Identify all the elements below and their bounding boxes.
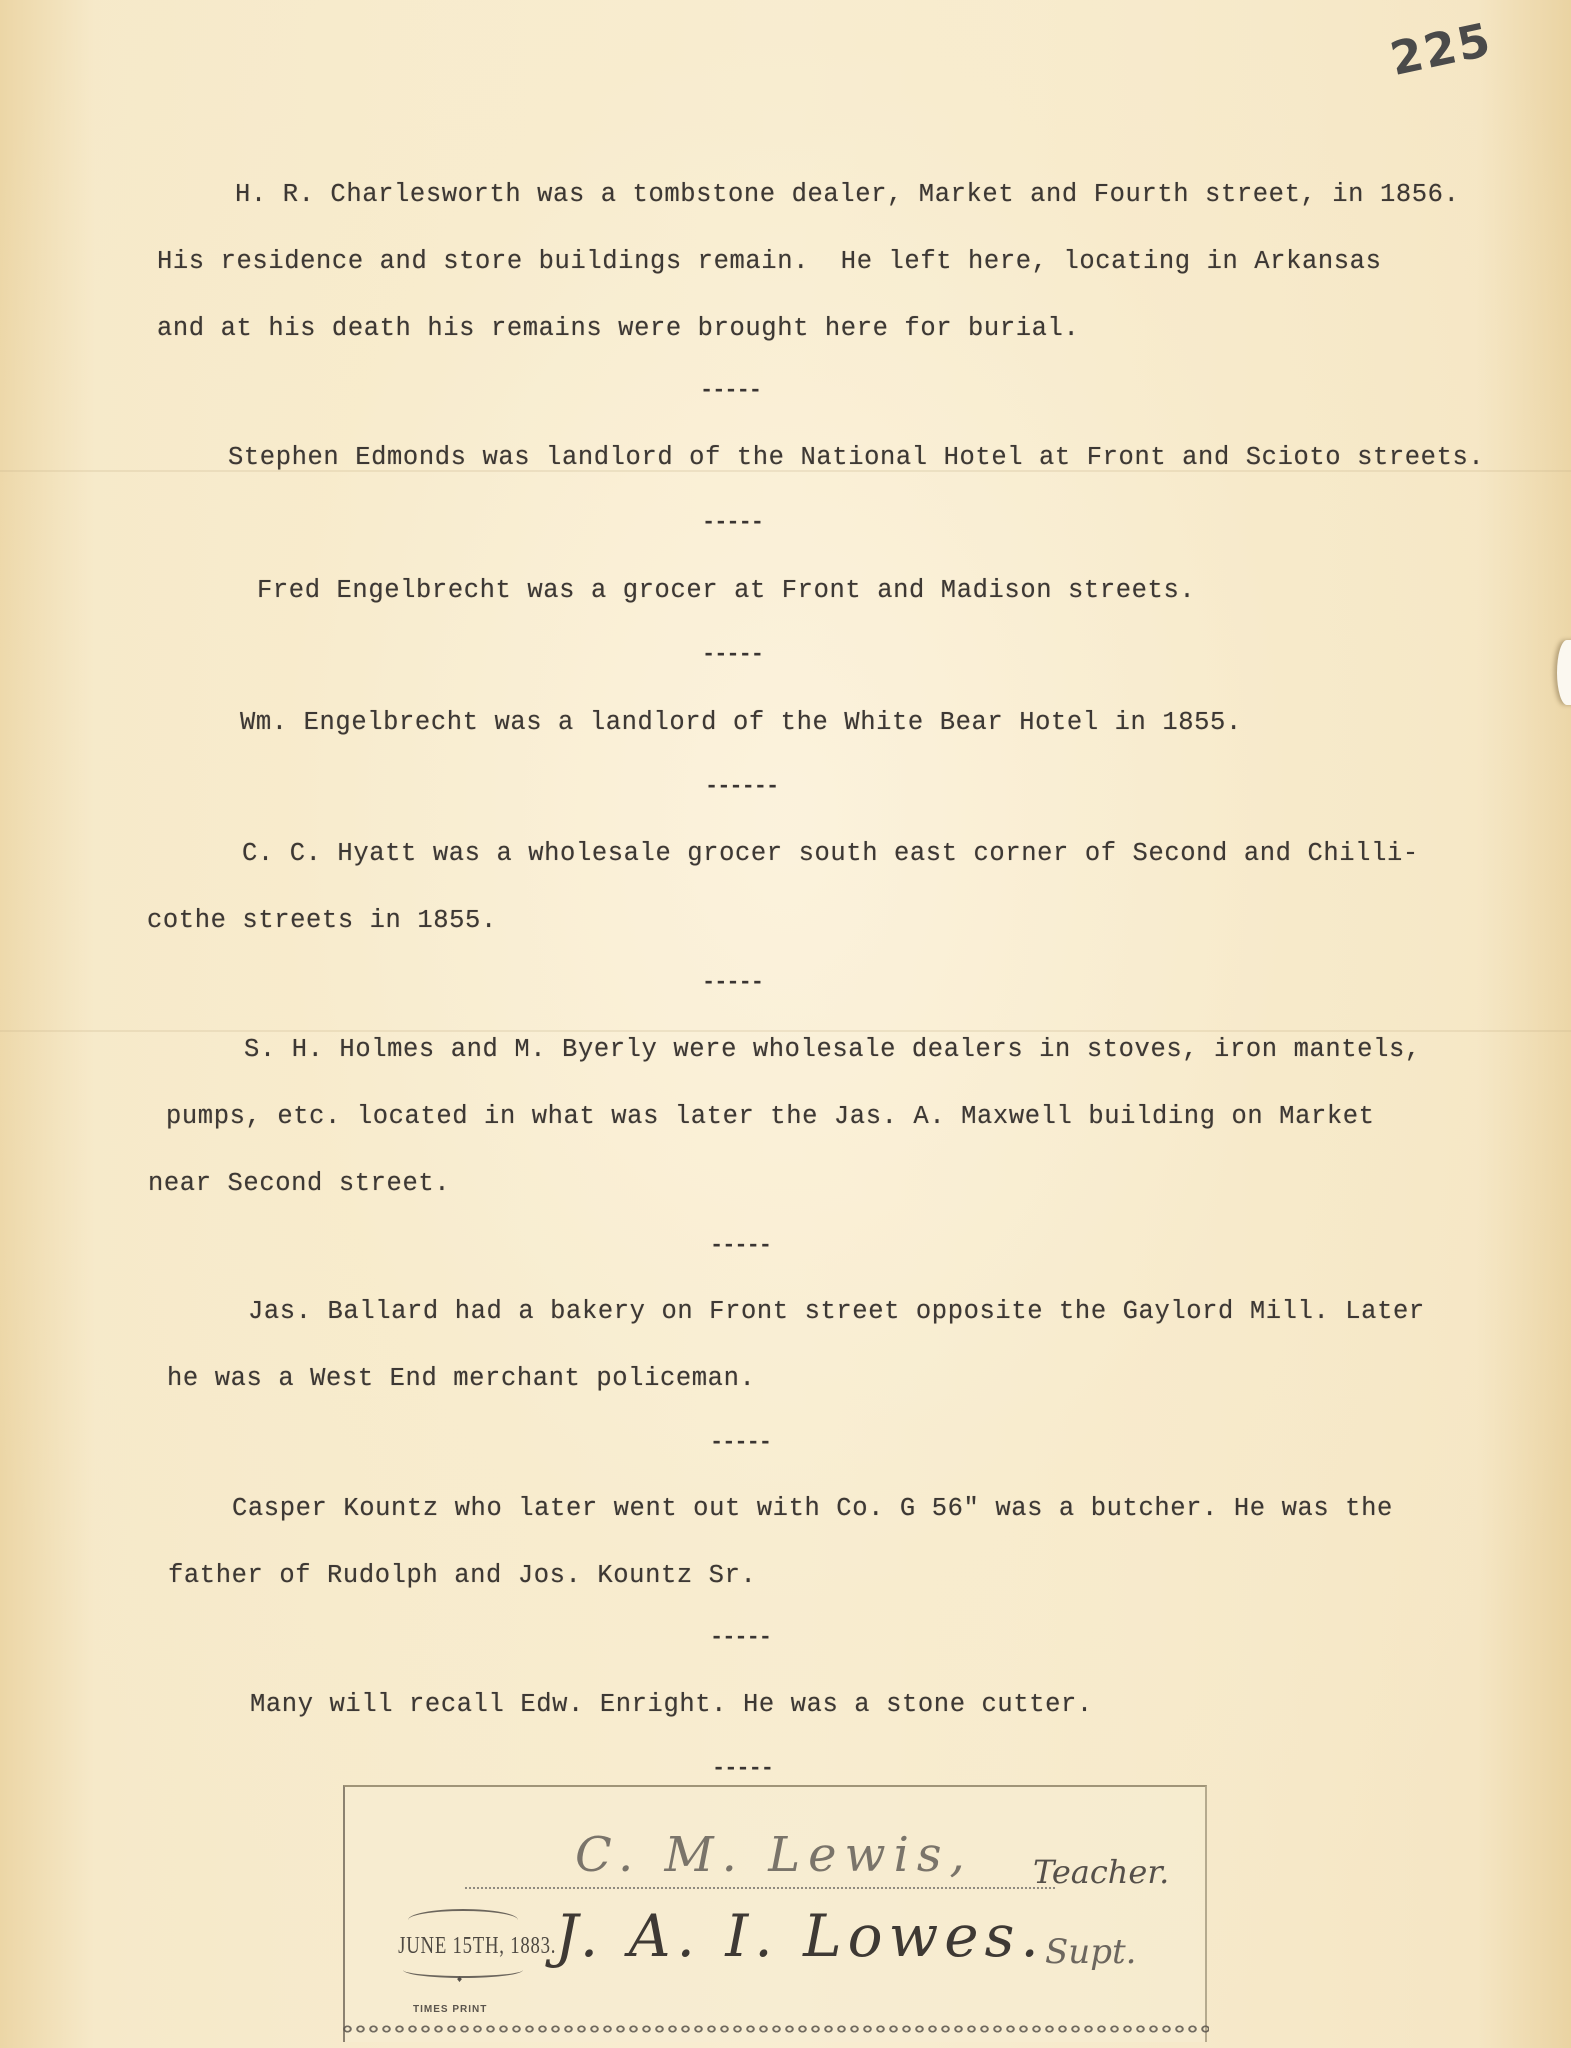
paper-fold <box>0 1030 1571 1032</box>
separator: ------ <box>705 774 778 799</box>
paragraph-line: pumps, etc. located in what was later th… <box>166 1102 1375 1131</box>
paragraph-line: Stephen Edmonds was landlord of the Nati… <box>228 443 1484 472</box>
separator: ----- <box>712 1756 773 1781</box>
page-number: 225 <box>1386 12 1497 86</box>
paragraph-line: Many will recall Edw. Enright. He was a … <box>250 1690 1093 1719</box>
paragraph-line: S. H. Holmes and M. Byerly were wholesal… <box>244 1035 1421 1064</box>
separator: ----- <box>702 970 763 995</box>
signature-line <box>465 1887 1055 1889</box>
paragraph-line: he was a West End merchant policeman. <box>167 1364 755 1393</box>
paragraph-line: Jas. Ballard had a bakery on Front stree… <box>248 1297 1425 1326</box>
ornament-flourish-icon <box>403 1962 523 1978</box>
paragraph-line: cothe streets in 1855. <box>147 906 497 935</box>
chain-border-ornament <box>341 2023 1209 2035</box>
separator: ----- <box>700 378 761 403</box>
separator: ----- <box>710 1233 771 1258</box>
paragraph-line: father of Rudolph and Jos. Kountz Sr. <box>168 1561 756 1590</box>
ornament-arc-icon <box>408 1909 518 1931</box>
paragraph-line: Casper Kountz who later went out with Co… <box>232 1494 1393 1523</box>
paragraph-line: and at his death his remains were brough… <box>157 314 1079 343</box>
signature-card: C. M. Lewis, Teacher. J. A. I. Lowes. Su… <box>343 1785 1207 2042</box>
separator: ----- <box>710 1430 771 1455</box>
paragraph-line: His residence and store buildings remain… <box>157 247 1382 276</box>
superintendent-signature: J. A. I. Lowes. <box>555 1902 1045 1970</box>
paragraph-line: near Second street. <box>148 1169 450 1198</box>
separator: ----- <box>710 1625 771 1650</box>
paragraph-line: Fred Engelbrecht was a grocer at Front a… <box>257 576 1195 605</box>
paper-tear <box>1557 640 1571 705</box>
printer-imprint: TIMES PRINT <box>413 2004 487 2015</box>
paragraph-line: Wm. Engelbrecht was a landlord of the Wh… <box>240 708 1242 737</box>
superintendent-title: Supt. <box>1045 1932 1136 1972</box>
separator: ----- <box>702 642 763 667</box>
paragraph-line: H. R. Charlesworth was a tombstone deale… <box>235 180 1460 209</box>
teacher-signature: C. M. Lewis, <box>575 1827 973 1883</box>
teacher-title: Teacher. <box>1033 1853 1169 1891</box>
separator: ----- <box>702 510 763 535</box>
paragraph-line: C. C. Hyatt was a wholesale grocer south… <box>242 839 1419 868</box>
date-stamp: JUNE 15TH, 1883. <box>380 1909 545 1978</box>
date-text: JUNE 15TH, 1883. <box>398 1933 527 1960</box>
